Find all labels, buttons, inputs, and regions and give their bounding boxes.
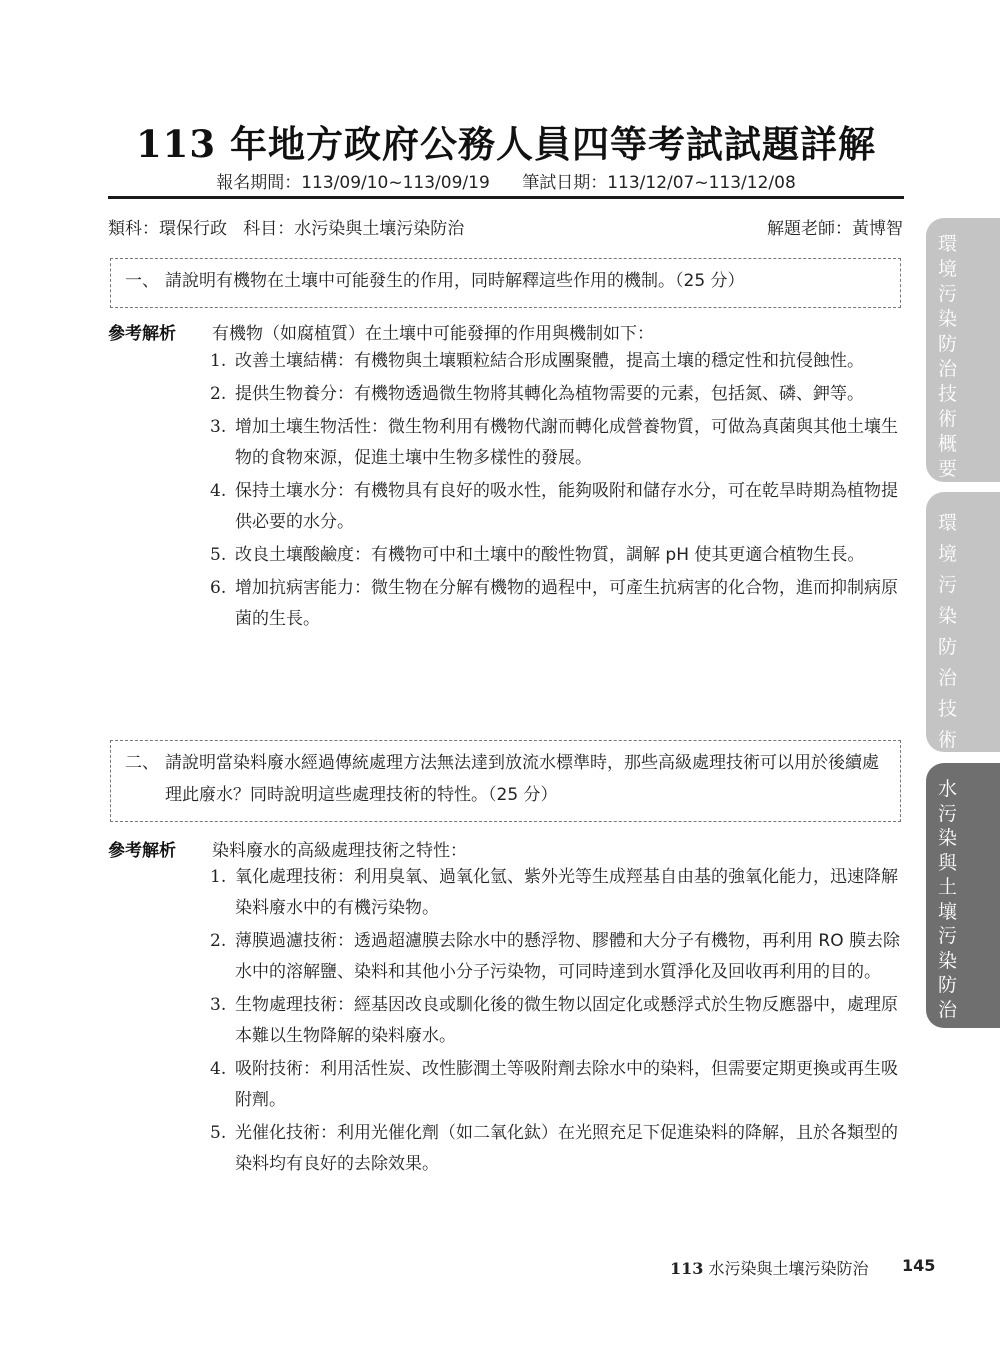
chapter-tab-water-soil-active[interactable]: 水 污 染 與 土 壤 污 染 防 治	[926, 763, 1000, 1028]
footer-running-title: 113 水污染與土壤污染防治	[670, 1256, 869, 1279]
exam-dates: 報名期間：113/09/10~113/09/19 筆試日期：113/12/07~…	[108, 168, 904, 193]
subject-info: 類科：環保行政 科目：水污染與土壤污染防治	[108, 214, 464, 239]
chapter-tab-env-overview[interactable]: 環 境 污 染 防 治 技 術 概 要	[926, 218, 1000, 482]
answer-list-1: 1.改善土壤結構：有機物與土壤顆粒結合形成團聚體，提高土壤的穩定性和抗侵蝕性。 …	[210, 346, 904, 637]
list-item: 5.改良土壤酸鹼度：有機物可中和土壤中的酸性物質，調解 pH 使其更適合植物生長…	[210, 540, 904, 571]
page-number: 145	[902, 1256, 935, 1275]
answer-intro: 有機物（如腐植質）在土壤中可能發揮的作用與機制如下：	[212, 319, 654, 344]
answer-list-2: 1.氧化處理技術：利用臭氧、過氧化氫、紫外光等生成羥基自由基的強氧化能力，迅速降…	[210, 862, 904, 1182]
list-item: 4.保持土壤水分：有機物具有良好的吸水性，能夠吸附和儲存水分，可在乾旱時期為植物…	[210, 476, 904, 538]
answer-label: 參考解析	[108, 319, 176, 344]
question-box-1: 一、 請說明有機物在土壤中可能發生的作用，同時解釋這些作用的機制。（25 分）	[110, 258, 901, 308]
list-item: 3.增加土壤生物活性：微生物利用有機物代謝而轉化成營養物質，可做為真菌與其他土壤…	[210, 412, 904, 474]
answer-intro: 染料廢水的高級處理技術之特性：	[212, 836, 467, 861]
answer-label: 參考解析	[108, 836, 176, 861]
list-item: 1.氧化處理技術：利用臭氧、過氧化氫、紫外光等生成羥基自由基的強氧化能力，迅速降…	[210, 862, 904, 924]
question-number: 一、	[125, 265, 159, 297]
list-item: 6.增加抗病害能力：微生物在分解有機物的過程中，可產生抗病害的化合物，進而抑制病…	[210, 573, 904, 635]
list-item: 2.提供生物養分：有機物透過微生物將其轉化為植物需要的元素，包括氮、磷、鉀等。	[210, 379, 904, 410]
header-rule	[108, 196, 904, 199]
question-text: 請說明當染料廢水經過傳統處理方法無法達到放流水標準時，那些高級處理技術可以用於後…	[165, 747, 890, 811]
list-item: 2.薄膜過濾技術：透過超濾膜去除水中的懸浮物、膠體和大分子有機物，再利用 RO …	[210, 926, 904, 988]
list-item: 3.生物處理技術：經基因改良或馴化後的微生物以固定化或懸浮式於生物反應器中，處理…	[210, 990, 904, 1052]
page-title: 113 年地方政府公務人員四等考試試題詳解	[108, 114, 904, 168]
list-item: 4.吸附技術：利用活性炭、改性膨潤土等吸附劑去除水中的染料，但需要定期更換或再生…	[210, 1054, 904, 1116]
question-text: 請說明有機物在土壤中可能發生的作用，同時解釋這些作用的機制。（25 分）	[165, 265, 890, 297]
list-item: 5.光催化技術：利用光催化劑（如二氧化鈦）在光照充足下促進染料的降解，且於各類型…	[210, 1118, 904, 1180]
chapter-tab-env-tech[interactable]: 環 境 污 染 防 治 技 術	[926, 492, 1000, 752]
list-item: 1.改善土壤結構：有機物與土壤顆粒結合形成團聚體，提高土壤的穩定性和抗侵蝕性。	[210, 346, 904, 377]
question-number: 二、	[125, 747, 159, 779]
question-box-2: 二、 請說明當染料廢水經過傳統處理方法無法達到放流水標準時，那些高級處理技術可以…	[110, 740, 901, 822]
teacher-info: 解題老師：黃博智	[767, 214, 903, 239]
